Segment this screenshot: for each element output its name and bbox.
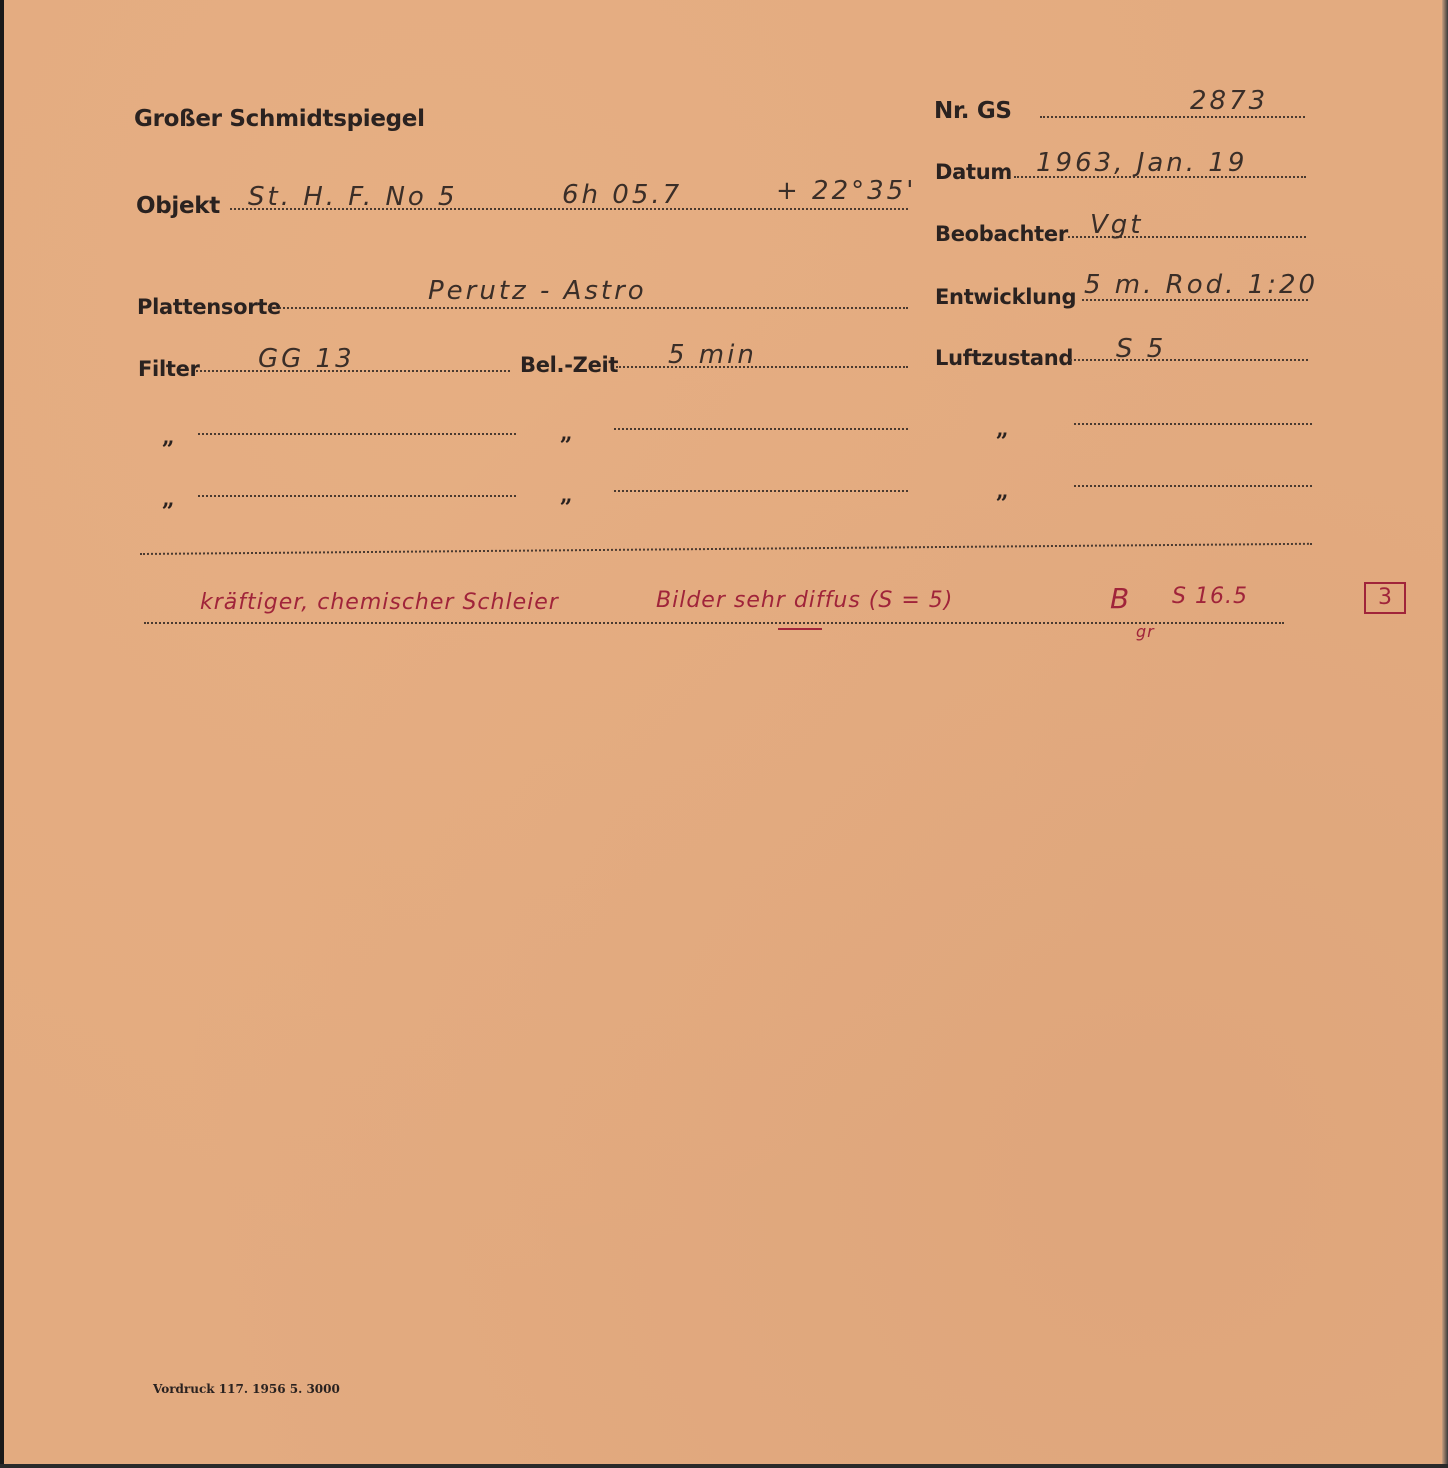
ditto-mark: „ xyxy=(560,420,573,446)
entwicklung-label: Entwicklung xyxy=(935,285,1076,309)
remark-grade: B xyxy=(1110,582,1130,615)
box-number: 3 xyxy=(1364,582,1406,614)
objekt-name-value: St. H. F. No 5 xyxy=(248,182,458,212)
remark-grade-sub: gr xyxy=(1136,622,1155,641)
remarks-line-1 xyxy=(140,543,1312,555)
belzeit-value: 5 min xyxy=(668,340,757,370)
remark-text-1: kräftiger, chemischer Schleier xyxy=(200,590,559,615)
ditto-mark: „ xyxy=(162,424,175,450)
datum-label: Datum xyxy=(935,160,1012,184)
ditto-mark: „ xyxy=(996,478,1009,504)
ditto-mark: „ xyxy=(996,416,1009,442)
ditto-line xyxy=(1074,485,1312,487)
luftzustand-label: Luftzustand xyxy=(935,346,1073,370)
card-edge-bottom xyxy=(0,1464,1448,1468)
remark-text-2: Bilder sehr diffus (S = 5) xyxy=(656,588,953,613)
luftzustand-line xyxy=(1070,359,1308,361)
card-edge-left xyxy=(0,0,4,1468)
form-title: Großer Schmidtspiegel xyxy=(134,106,425,132)
ditto-line xyxy=(614,428,908,430)
card-edge-right xyxy=(1442,0,1448,1468)
plattensorte-label: Plattensorte xyxy=(137,295,281,319)
plate-record-card: Großer Schmidtspiegel Nr. GS 2873 Objekt… xyxy=(0,0,1448,1468)
form-print-footer: Vordruck 117. 1956 5. 3000 xyxy=(153,1382,340,1396)
objekt-ra-value: 6h 05.7 xyxy=(562,180,682,210)
plattensorte-line xyxy=(268,307,908,309)
remark-magnitude: S 16.5 xyxy=(1172,584,1248,609)
nr-label: Nr. GS xyxy=(934,98,1012,124)
ditto-line xyxy=(198,433,516,435)
objekt-label: Objekt xyxy=(136,193,220,219)
objekt-dec-value: + 22°35' xyxy=(776,176,916,206)
filter-label: Filter xyxy=(138,357,200,381)
remarks-line-2 xyxy=(144,622,1284,624)
filter-value: GG 13 xyxy=(258,344,355,374)
ditto-mark: „ xyxy=(560,482,573,508)
plattensorte-value: Perutz - Astro xyxy=(428,276,647,306)
remark-underline xyxy=(778,628,822,630)
nr-line xyxy=(1040,116,1305,118)
belzeit-label: Bel.-Zeit xyxy=(520,353,618,377)
beobachter-value: Vgt xyxy=(1090,210,1143,240)
ditto-line xyxy=(614,490,908,492)
ditto-mark: „ xyxy=(162,486,175,512)
luftzustand-value: S 5 xyxy=(1116,334,1166,364)
belzeit-line xyxy=(616,366,908,368)
nr-value: 2873 xyxy=(1190,86,1268,116)
beobachter-label: Beobachter xyxy=(935,222,1068,246)
ditto-line xyxy=(1074,423,1312,425)
ditto-line xyxy=(198,495,516,497)
datum-value: 1963, Jan. 19 xyxy=(1036,148,1247,178)
entwicklung-value: 5 m. Rod. 1:20 xyxy=(1084,270,1318,300)
